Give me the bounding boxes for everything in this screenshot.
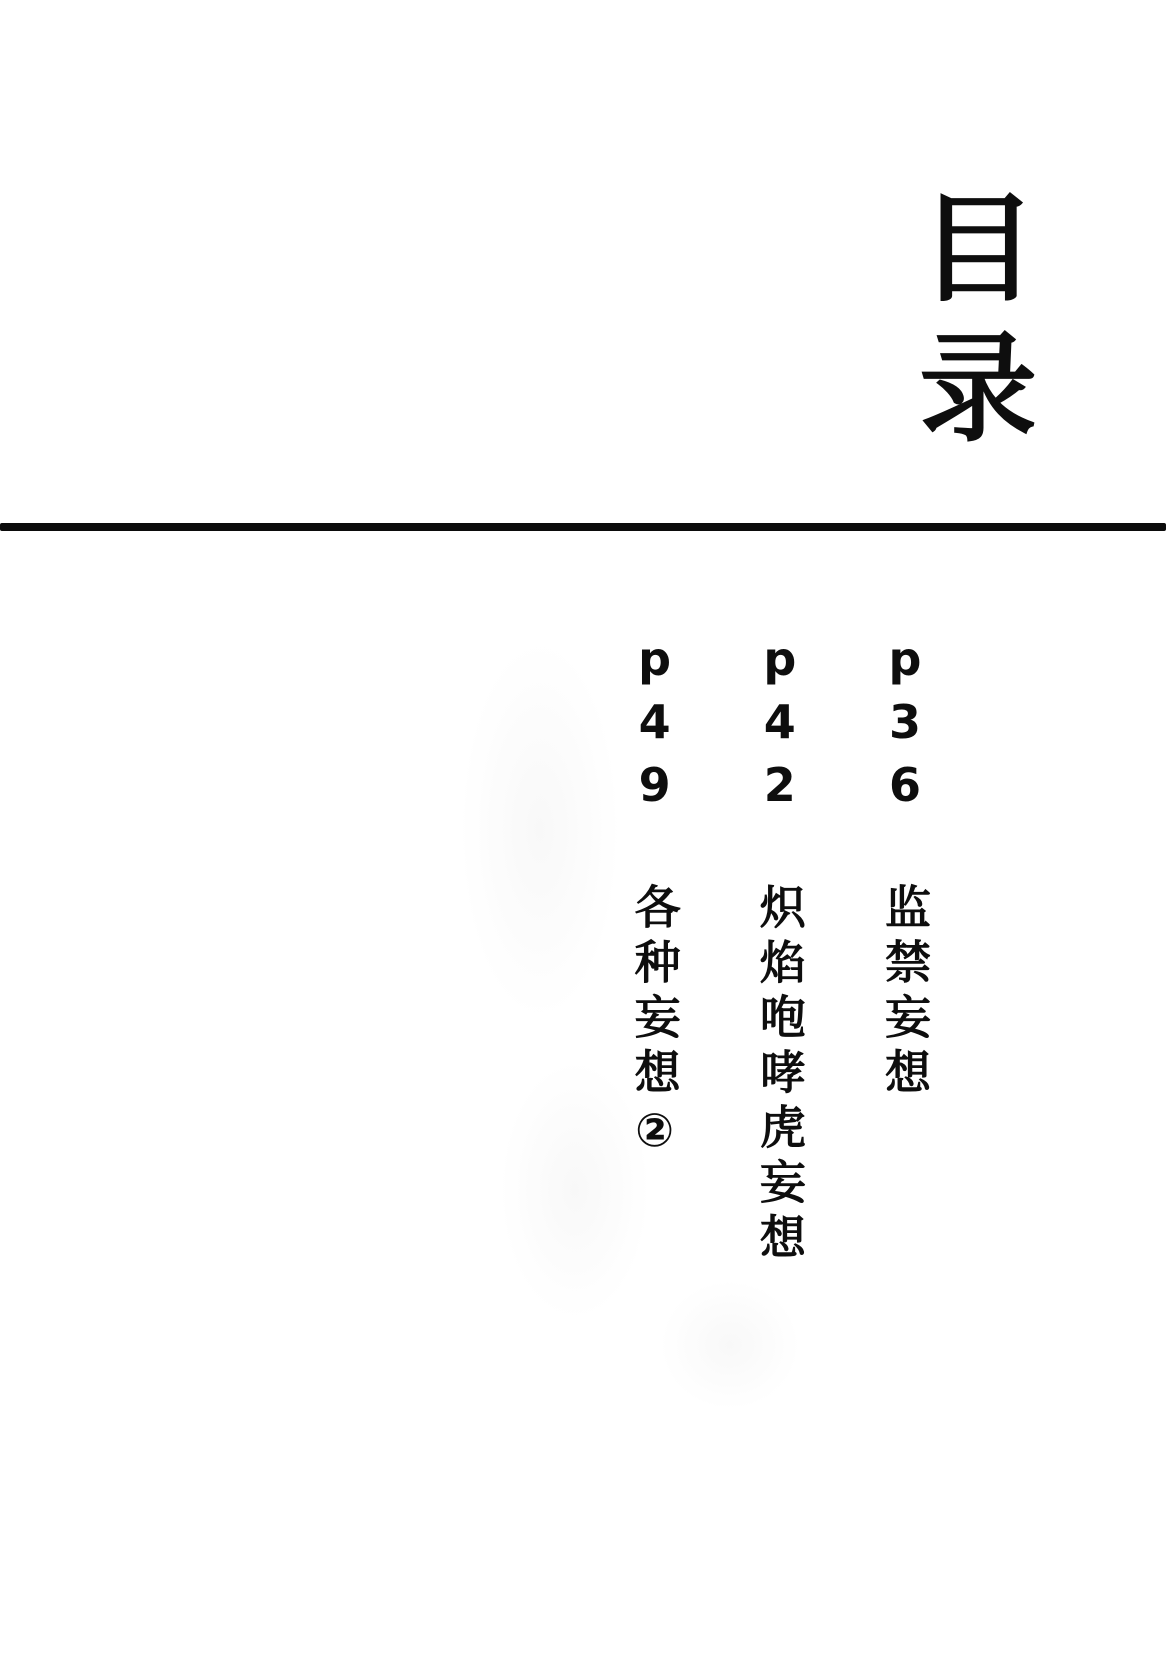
divider-line [0,523,1166,531]
scan-smudge [660,1280,800,1410]
toc-entry-1-page-number: p36 [878,632,932,821]
toc-list: p36监禁妄想 p42炽焰咆哮虎妄想 p49各种妄想② [626,632,932,1268]
toc-entry-3-title: 各种妄想② [628,883,682,1166]
page-title: 目录 [902,186,1034,466]
toc-entry-2-title: 炽焰咆哮虎妄想 [753,883,807,1268]
toc-entry-2-page-number: p42 [753,632,807,821]
toc-entry-1: p36监禁妄想 [877,632,932,1268]
toc-entry-3: p49各种妄想② [626,632,681,1268]
toc-entry-2: p42炽焰咆哮虎妄想 [752,632,807,1268]
toc-entry-1-title: 监禁妄想 [878,883,932,1103]
toc-page: 目录 p36监禁妄想 p42炽焰咆哮虎妄想 p49各种妄想② [0,0,1166,1654]
toc-entry-3-page-number: p49 [628,632,682,821]
scan-smudge [460,640,620,1020]
